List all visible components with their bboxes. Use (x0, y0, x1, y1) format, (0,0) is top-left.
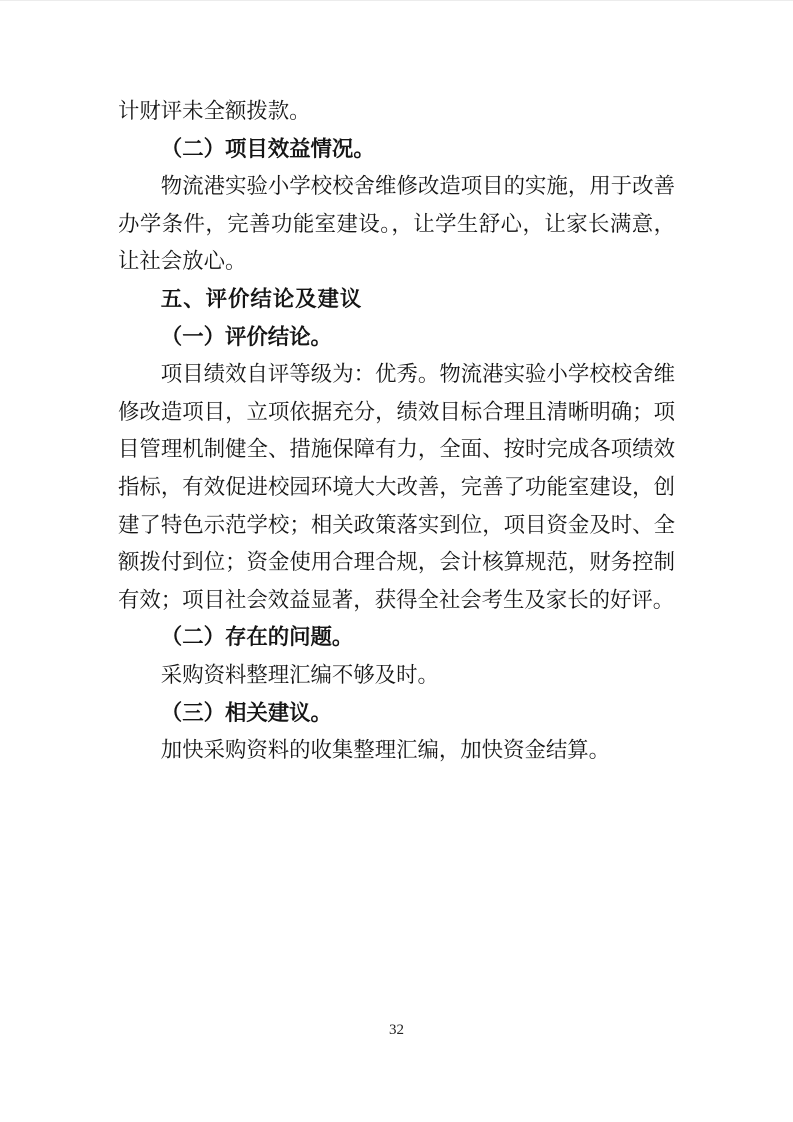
heading-evaluation-conclusion: （一）评价结论。 (118, 319, 675, 357)
document-page: 计财评未全额拨款。 （二）项目效益情况。 物流港实验小学校校舍维修改造项目的实施… (0, 0, 793, 1122)
document-content: 计财评未全额拨款。 （二）项目效益情况。 物流港实验小学校校舍维修改造项目的实施… (118, 93, 675, 770)
paragraph-evaluation-conclusion: 项目绩效自评等级为：优秀。物流港实验小学校校舍维修改造项目，立项依据充分，绩效目… (118, 356, 675, 619)
heading-existing-problems: （二）存在的问题。 (118, 619, 675, 657)
page-number: 32 (389, 1022, 404, 1038)
paragraph-related-suggestions: 加快采购资料的收集整理汇编，加快资金结算。 (118, 732, 675, 770)
paragraph-existing-problems: 采购资料整理汇编不够及时。 (118, 657, 675, 695)
paragraph-funding-continuation: 计财评未全额拨款。 (118, 93, 675, 131)
heading-related-suggestions: （三）相关建议。 (118, 695, 675, 733)
paragraph-project-benefit: 物流港实验小学校校舍维修改造项目的实施，用于改善办学条件，完善功能室建设。，让学… (118, 168, 675, 281)
page-footer: 32 (0, 1021, 793, 1039)
heading-evaluation-conclusion-and-suggestions: 五、评价结论及建议 (118, 281, 675, 319)
heading-project-benefit-situation: （二）项目效益情况。 (118, 131, 675, 169)
